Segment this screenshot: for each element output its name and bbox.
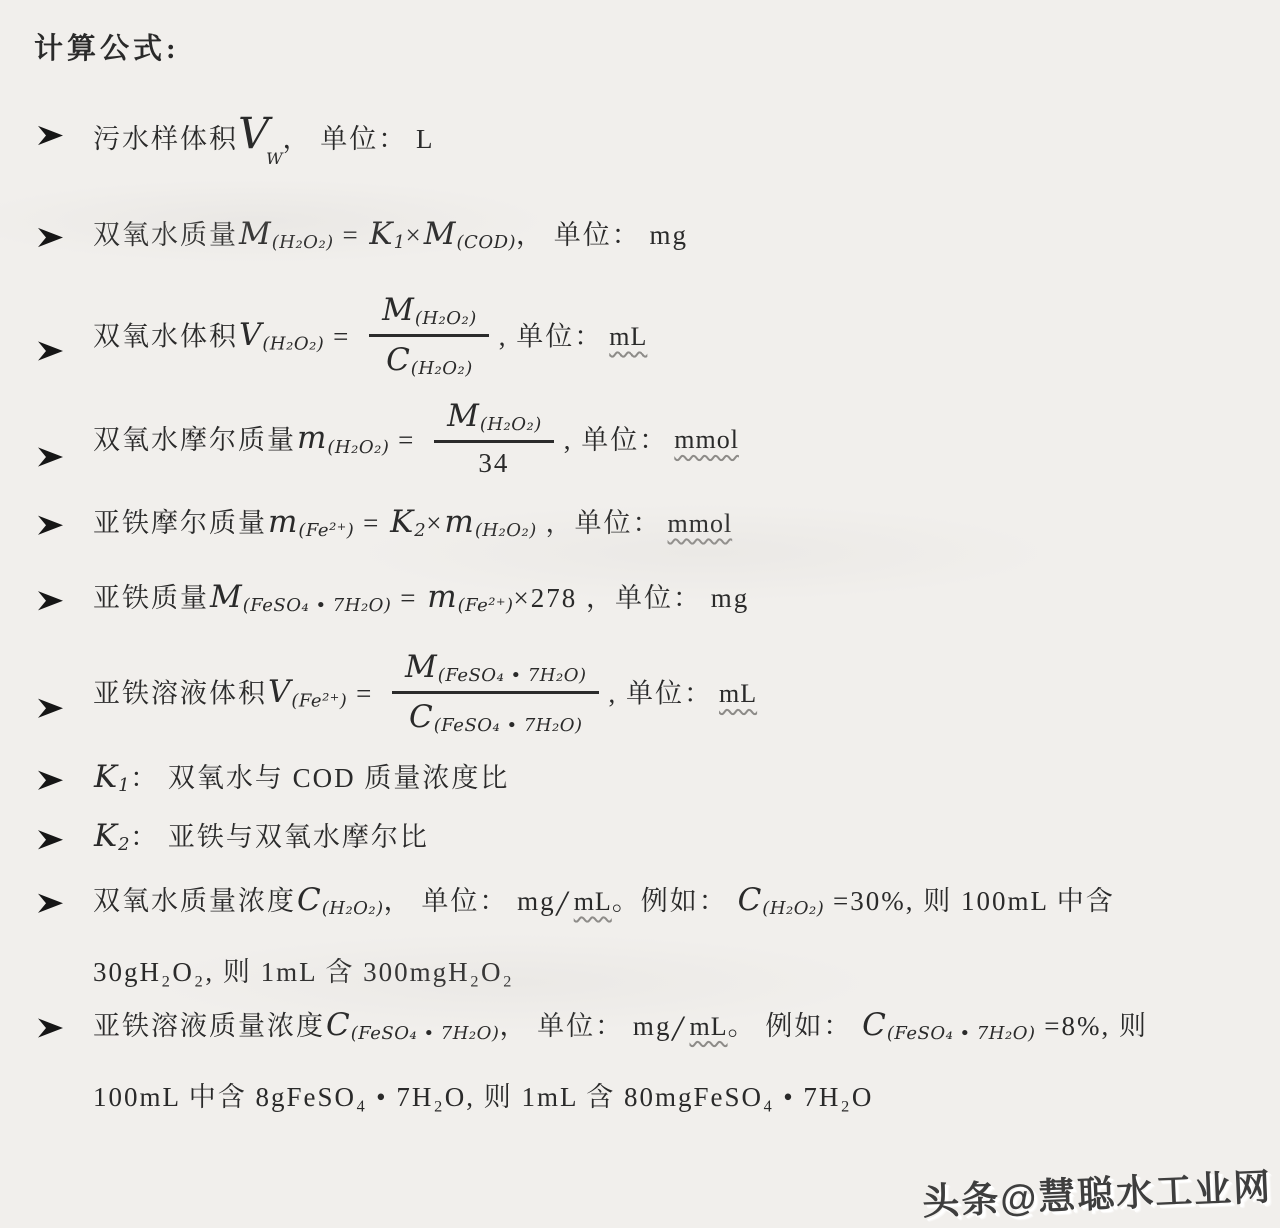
math-subscript: (H₂O₂) [415,308,477,329]
formula-ferrous-mass: 亚铁质量M(FeSO₄ • 7H₂O) = m(Fe²⁺)×278 ，单位： m… [34,578,1260,618]
math-variable: m [268,504,297,540]
watermark: 头条@慧聪水工业网 [921,1156,1273,1225]
math-variable: m [444,504,473,540]
math-subscript: (H₂O₂) [475,520,537,541]
text-run: 亚铁溶液体积 [93,678,267,708]
definition-k2: K2： 亚铁与双氧水摩尔比 [34,817,1260,857]
unit-label: mmol [668,509,733,538]
formula-row: 污水样体积VW， 单位： L [93,113,1260,169]
bullet-arrow-icon [38,1018,63,1039]
text-run: = [334,220,369,250]
math-variable: C [738,882,762,918]
math-variable: M [447,398,479,434]
fraction: M(H₂O₂)34 [434,397,554,481]
math-variable: K [390,504,413,540]
math-variable: m [427,579,456,615]
formula-rows: 亚铁溶液体积V(Fe²⁺) = M(FeSO₄ • 7H₂O)C(FeSO₄ •… [93,654,1260,744]
bullet-arrow-icon [38,515,63,536]
math-variable: C [862,1007,886,1043]
formula-rows: K2： 亚铁与双氧水摩尔比 [93,817,1260,857]
formula-rows: 亚铁摩尔质量m(Fe²⁺) = K2×m(H₂O₂) ，单位：mmol [93,503,1260,543]
math-variable-large: V [238,109,269,159]
definition-h2o2-concentration: 双氧水质量浓度C(H₂O₂)， 单位： mg/mL。例如： C(H₂O₂) =3… [34,881,1260,990]
math-subscript: (COD) [457,232,517,253]
formula-h2o2-volume: 双氧水体积V(H₂O₂) = M(H₂O₂)C(H₂O₂), 单位：mL [34,297,1260,387]
formula-rows: 双氧水质量浓度C(H₂O₂)， 单位： mg/mL。例如： C(H₂O₂) =3… [93,881,1260,990]
formula-row: 亚铁质量M(FeSO₄ • 7H₂O) = m(Fe²⁺)×278 ，单位： m… [93,578,1260,618]
math-subscript: (FeSO₄ • 7H₂O) [434,715,583,736]
unit-label: mL [574,887,612,916]
math-variable: M [424,216,456,252]
fraction-denominator: C(H₂O₂) [385,337,473,381]
text-run: 34 [478,448,509,478]
fraction-numerator: M(H₂O₂) [434,397,554,444]
bullet-arrow-icon [38,829,63,850]
text-run: 100mL 中含 8gFeSO₄ • 7H₂O, 则 1mL 含 80mgFeS… [93,1082,873,1112]
math-subscript: 1 [118,775,130,796]
math-subscript: 2 [414,520,426,541]
formula-rows: 双氧水体积V(H₂O₂) = M(H₂O₂)C(H₂O₂), 单位：mL [93,297,1260,387]
fraction: M(FeSO₄ • 7H₂O)C(FeSO₄ • 7H₂O) [392,648,598,738]
formula-row: K1： 双氧水与 COD 质量浓度比 [93,758,1260,798]
math-subscript: (FeSO₄ • 7H₂O) [243,595,392,616]
formula-list: 污水样体积VW， 单位： L双氧水质量M(H₂O₂) = K1×M(COD)， … [34,113,1260,1114]
math-variable: C [326,1007,350,1043]
text-run: 污水样体积 [93,124,238,154]
text-run: =30%, 则 100mL 中含 [824,886,1114,916]
math-variable: m [297,420,326,456]
text-run: , 单位： [499,321,604,351]
text-run: ×278 ，单位： mg [514,583,750,613]
formula-ferrous-solution-volume: 亚铁溶液体积V(Fe²⁺) = M(FeSO₄ • 7H₂O)C(FeSO₄ •… [34,654,1260,744]
math-subscript: (H₂O₂) [762,898,824,919]
math-subscript: (H₂O₂) [322,898,384,919]
formula-row: 双氧水摩尔质量m(H₂O₂) = M(H₂O₂)34, 单位：mmol [93,403,1260,487]
formula-h2o2-mass: 双氧水质量M(H₂O₂) = K1×M(COD)， 单位： mg [34,215,1260,255]
bullet-arrow-icon [38,893,63,914]
fraction-slash: / [672,1008,682,1048]
bullet-arrow-icon [38,341,63,362]
formula-row: 100mL 中含 8gFeSO₄ • 7H₂O, 则 1mL 含 80mgFeS… [93,1081,1260,1115]
unit-label: mL [719,679,757,708]
math-variable: M [382,292,414,328]
formula-rows: 亚铁溶液质量浓度C(FeSO₄ • 7H₂O)， 单位： mg/mL。 例如： … [93,1006,1260,1115]
bullet-arrow-icon [38,447,63,468]
page-title: 计算公式: [34,26,1260,67]
math-subscript: (Fe²⁺) [298,520,354,541]
math-subscript: (H₂O₂) [411,358,473,379]
text-run: × [426,508,443,538]
math-subscript: (Fe²⁺) [291,690,347,711]
definition-ferrous-concentration: 亚铁溶液质量浓度C(FeSO₄ • 7H₂O)， 单位： mg/mL。 例如： … [34,1006,1260,1115]
formula-rows: 污水样体积VW， 单位： L [93,113,1260,169]
math-variable: V [268,674,290,710]
fraction-denominator: C(FeSO₄ • 7H₂O) [408,694,582,738]
math-subscript: 2 [118,834,130,855]
math-variable: C [297,882,321,918]
text-run: =8%, 则 [1036,1011,1148,1041]
text-run: 双氧水质量浓度 [93,886,296,916]
formula-h2o2-molar-mass: 双氧水摩尔质量m(H₂O₂) = M(H₂O₂)34, 单位：mmol [34,403,1260,487]
text-run: × [406,220,423,250]
math-variable: K [94,759,117,795]
unit-label: mL [609,322,647,351]
text-run: 30gH₂O₂, 则 1mL 含 300mgH₂O₂ [93,957,514,987]
math-subscript: (FeSO₄ • 7H₂O) [887,1023,1036,1044]
formula-rows: K1： 双氧水与 COD 质量浓度比 [93,758,1260,798]
math-subscript: (H₂O₂) [480,414,542,435]
formula-sewage-sample-volume: 污水样体积VW， 单位： L [34,113,1260,169]
formula-row: 亚铁摩尔质量m(Fe²⁺) = K2×m(H₂O₂) ，单位：mmol [93,503,1260,543]
text-run: ， 单位： mg [499,1011,671,1041]
fraction-slash: / [557,883,567,923]
math-subscript: (H₂O₂) [272,232,334,253]
formula-row: 30gH₂O₂, 则 1mL 含 300mgH₂O₂ [93,956,1260,990]
math-variable: C [409,699,433,735]
document-page: { "page": { "background": "#f1efec", "te… [0,0,1280,1228]
math-variable: K [94,818,117,854]
text-run: 。 例如： [728,1011,862,1041]
text-run: ，单位： [537,508,662,538]
text-run: 亚铁质量 [93,583,209,613]
text-run: , 单位： [609,678,714,708]
fraction-numerator: M(H₂O₂) [369,291,489,338]
bullet-arrow-icon [38,770,63,791]
fraction: M(H₂O₂)C(H₂O₂) [369,291,489,381]
unit-label: mmol [674,425,739,454]
text-run: 双氧水体积 [93,321,238,351]
math-variable: V [239,317,261,353]
text-run: 双氧水质量 [93,220,238,250]
formula-row: 双氧水质量M(H₂O₂) = K1×M(COD)， 单位： mg [93,215,1260,255]
text-run: = [391,583,426,613]
math-variable: M [239,216,271,252]
text-run: ： 亚铁与双氧水摩尔比 [130,822,429,852]
fraction-denominator: 34 [478,443,509,481]
bullet-arrow-icon [38,227,63,248]
text-run: = [347,678,382,708]
formula-row: 亚铁溶液体积V(Fe²⁺) = M(FeSO₄ • 7H₂O)C(FeSO₄ •… [93,654,1260,744]
math-variable: M [405,649,437,685]
text-run: ： 双氧水与 COD 质量浓度比 [130,763,509,793]
math-subscript-below: W [266,149,282,168]
bullet-arrow-icon [38,125,63,146]
math-variable: K [369,216,392,252]
definition-k1: K1： 双氧水与 COD 质量浓度比 [34,758,1260,798]
math-subscript: (H₂O₂) [327,436,389,457]
formula-rows: 双氧水质量M(H₂O₂) = K1×M(COD)， 单位： mg [93,215,1260,255]
bullet-arrow-icon [38,698,63,719]
text-run: ， 单位： L [283,124,435,154]
fraction-numerator: M(FeSO₄ • 7H₂O) [392,648,598,695]
text-run: 亚铁摩尔质量 [93,508,267,538]
math-variable: C [386,342,410,378]
math-subscript: 1 [394,232,406,253]
math-variable: M [210,579,242,615]
text-run: 双氧水摩尔质量 [93,424,296,454]
text-run: 亚铁溶液质量浓度 [93,1011,325,1041]
formula-rows: 双氧水摩尔质量m(H₂O₂) = M(H₂O₂)34, 单位：mmol [93,403,1260,487]
formula-row: 亚铁溶液质量浓度C(FeSO₄ • 7H₂O)， 单位： mg/mL。 例如： … [93,1006,1260,1051]
formula-row: 双氧水体积V(H₂O₂) = M(H₂O₂)C(H₂O₂), 单位：mL [93,297,1260,387]
math-subscript: (Fe²⁺) [458,595,514,616]
formula-rows: 亚铁质量M(FeSO₄ • 7H₂O) = m(Fe²⁺)×278 ，单位： m… [93,578,1260,618]
text-run: ， 单位： mg [384,886,556,916]
math-subscript: (FeSO₄ • 7H₂O) [351,1023,500,1044]
formula-row: K2： 亚铁与双氧水摩尔比 [93,817,1260,857]
bullet-arrow-icon [38,590,63,611]
text-run: = [354,508,389,538]
text-run: = [324,321,359,351]
math-subscript: (FeSO₄ • 7H₂O) [438,665,587,686]
text-run: , 单位： [564,424,669,454]
unit-label: mL [689,1012,727,1041]
text-run: ， 单位： mg [516,220,688,250]
formula-row: 双氧水质量浓度C(H₂O₂)， 单位： mg/mL。例如： C(H₂O₂) =3… [93,881,1260,926]
text-run: = [389,424,424,454]
text-run: 。例如： [612,886,737,916]
formula-ferrous-molar-mass: 亚铁摩尔质量m(Fe²⁺) = K2×m(H₂O₂) ，单位：mmol [34,503,1260,543]
math-subscript: (H₂O₂) [262,333,324,354]
